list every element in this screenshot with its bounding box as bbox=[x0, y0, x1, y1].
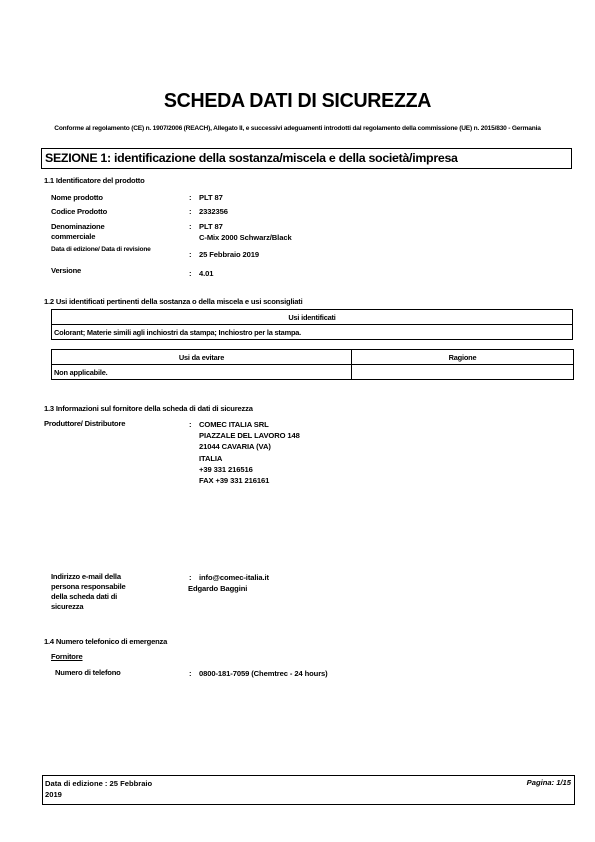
colon: : bbox=[189, 573, 192, 582]
footer-edition-line2: 2019 bbox=[45, 789, 215, 800]
page-footer: Data di edizione : 25 Febbraio 2019 Pagi… bbox=[42, 775, 575, 805]
supplier-company: COMEC ITALIA SRL bbox=[199, 419, 300, 430]
colon: : bbox=[189, 207, 192, 216]
supplier-subheading: Fornitore bbox=[51, 652, 83, 662]
subsection-1-1-heading: 1.1 Identificatore del prodotto bbox=[44, 176, 145, 185]
section-1-heading: SEZIONE 1: identificazione della sostanz… bbox=[41, 148, 572, 169]
field-label-version: Versione bbox=[51, 266, 81, 276]
reason-header: Ragione bbox=[352, 350, 574, 365]
colon: : bbox=[189, 193, 192, 202]
subsection-1-3-heading: 1.3 Informazioni sul fornitore della sch… bbox=[44, 404, 253, 413]
emergency-phone: 0800-181-7059 (Chemtrec - 24 hours) bbox=[199, 668, 328, 679]
supplier-country: ITALIA bbox=[199, 453, 300, 464]
supplier-address: COMEC ITALIA SRL PIAZZALE DEL LAVORO 148… bbox=[199, 419, 300, 486]
uses-to-avoid-cell: Non applicabile. bbox=[52, 365, 352, 380]
field-label-trade-name: Denominazione commerciale bbox=[51, 222, 141, 242]
field-value-revision-date: 25 Febbraio 2019 bbox=[199, 249, 259, 260]
subsection-1-4-heading: 1.4 Numero telefonico di emergenza bbox=[44, 637, 167, 646]
uses-to-avoid-table: Usi da evitare Ragione Non applicabile. bbox=[51, 349, 574, 380]
identified-uses-cell: Colorant; Materie simili agli inchiostri… bbox=[52, 325, 573, 340]
field-value-product-code: 2332356 bbox=[199, 206, 228, 217]
supplier-phone: +39 331 216516 bbox=[199, 464, 300, 475]
phone-label: Numero di telefono bbox=[55, 668, 121, 678]
document-subtitle: Conforme al regolamento (CE) n. 1907/200… bbox=[50, 124, 545, 134]
colon: : bbox=[189, 269, 192, 278]
reason-cell bbox=[352, 365, 574, 380]
field-value-trade-name: PLT 87 bbox=[199, 221, 223, 232]
field-value-trade-name-2: C-Mix 2000 Schwarz/Black bbox=[199, 232, 292, 243]
field-label-product-name: Nome prodotto bbox=[51, 193, 103, 203]
colon: : bbox=[189, 250, 192, 259]
supplier-city: 21044 CAVARIA (VA) bbox=[199, 441, 300, 452]
document-title: SCHEDA DATI DI SICUREZZA bbox=[6, 90, 589, 113]
colon: : bbox=[189, 669, 192, 678]
supplier-fax: FAX +39 331 216161 bbox=[199, 475, 300, 486]
field-label-product-code: Codice Prodotto bbox=[51, 207, 107, 217]
page-number: Pagina: 1/15 bbox=[527, 778, 571, 787]
email-label: Indirizzo e-mail della persona responsab… bbox=[51, 572, 161, 612]
supplier-street: PIAZZALE DEL LAVORO 148 bbox=[199, 430, 300, 441]
contact-name: Edgardo Baggini bbox=[188, 583, 247, 594]
supplier-label: Produttore/ Distributore bbox=[44, 419, 125, 429]
colon: : bbox=[189, 420, 192, 429]
identified-uses-table: Usi identificati Colorant; Materie simil… bbox=[51, 309, 573, 340]
uses-to-avoid-header: Usi da evitare bbox=[52, 350, 352, 365]
footer-edition-date: Data di edizione : 25 Febbraio 2019 bbox=[45, 778, 215, 800]
email-label-line: sicurezza bbox=[51, 602, 161, 612]
email-label-line: persona responsabile bbox=[51, 582, 161, 592]
email-link[interactable]: info@comec-italia.it bbox=[199, 572, 269, 583]
colon: : bbox=[189, 222, 192, 231]
subsection-1-2-heading: 1.2 Usi identificati pertinenti della so… bbox=[44, 297, 303, 306]
identified-uses-header: Usi identificati bbox=[52, 310, 573, 325]
table-row: Non applicabile. bbox=[52, 365, 574, 380]
field-value-product-name: PLT 87 bbox=[199, 192, 223, 203]
field-value-version: 4.01 bbox=[199, 268, 213, 279]
email-label-line: Indirizzo e-mail della bbox=[51, 572, 161, 582]
field-label-revision-date: Data di edizione/ Data di revisione bbox=[51, 246, 161, 254]
email-label-line: della scheda dati di bbox=[51, 592, 161, 602]
footer-edition-line1: Data di edizione : 25 Febbraio bbox=[45, 778, 215, 789]
